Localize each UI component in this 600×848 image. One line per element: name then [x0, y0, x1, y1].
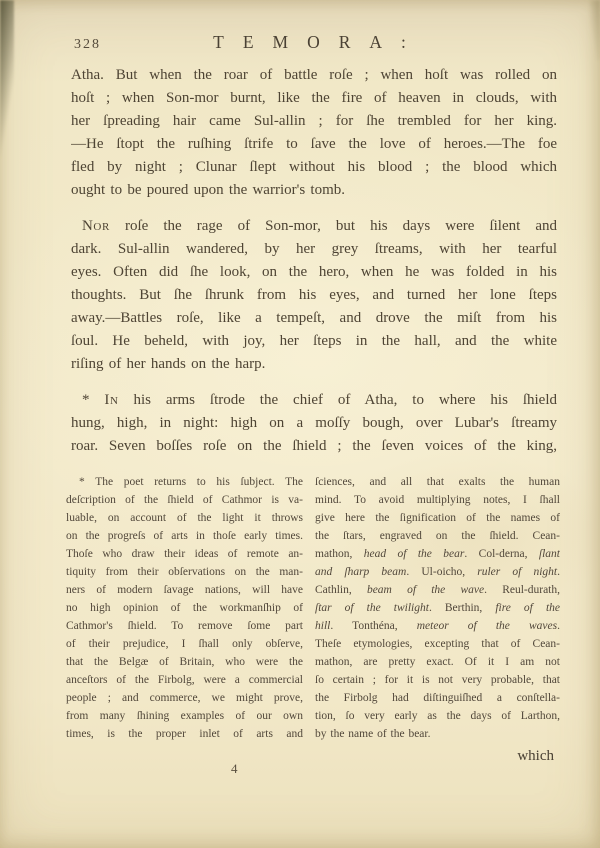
footnote-section: * The poet returns to his ſubject. Thede…	[66, 473, 560, 743]
italic-text: and ſharp beam	[315, 566, 406, 578]
text-line: thoughts. But ſhe ſhrunk from his eyes, …	[71, 284, 557, 307]
footnote-line: hill. Tonthéna, meteor of the waves.	[315, 617, 560, 635]
italic-text: ſtar of the twilight	[315, 602, 429, 614]
text-segment: give here the ſignification of the names…	[315, 512, 560, 524]
italic-text: meteor of the waves	[417, 620, 557, 632]
text-segment: Atha. But when the roar of battle roſe ;…	[71, 67, 557, 83]
text-segment: Thoſe who draw their ideas of remote an-	[66, 548, 303, 560]
footnote-line: that the Belgæ of Britain, who were the	[66, 653, 303, 671]
text-line: —He ſtopt the ruſhing ſtrife to ſave the…	[71, 133, 557, 156]
text-segment: deſcription of the ſhield of Cathmor is …	[66, 494, 303, 506]
text-segment: .	[557, 620, 560, 632]
page-header: 328 TEMORA:	[72, 32, 556, 56]
text-segment: ſoul. He beheld, with joy, her ſteps in …	[71, 333, 557, 349]
text-line: Nor roſe the rage of Son-mor, but his da…	[71, 215, 557, 238]
text-segment: hung, high, in night: high on a moſſy bo…	[71, 415, 557, 431]
text-segment: roſe the rage of Son-mor, but his days w…	[110, 218, 557, 234]
text-segment: her ſpreading hair came Sul-allin ; for …	[71, 113, 557, 129]
book-page: 328 TEMORA: Atha. But when the roar of b…	[0, 0, 600, 848]
text-segment: . Tonthéna,	[330, 620, 416, 632]
text-segment: mind. To avoid multiplying notes, I ſhal…	[315, 494, 560, 506]
text-segment: no high opinion of the workmanſhip of	[66, 602, 303, 614]
text-segment: ſo certain ; for it is not very probable…	[315, 674, 560, 686]
text-segment: dark. Sul-allin wandered, by her grey ſt…	[71, 241, 557, 257]
footnote-line: mind. To avoid multiplying notes, I ſhal…	[315, 491, 560, 509]
italic-text: beam of the wave	[367, 584, 484, 596]
footnote-line: mathon, are pretty exact. Of it I am not	[315, 653, 560, 671]
page-edge-shadow-right	[590, 0, 600, 60]
text-segment: tiquity from their obſervations on the m…	[66, 566, 303, 578]
paragraph: Nor roſe the rage of Son-mor, but his da…	[71, 215, 557, 376]
footnote-line: the ſtars, engraved on the ſhield. Cean-	[315, 527, 560, 545]
italic-text: ruler of night	[477, 566, 557, 578]
footnote-line: from many ſhining examples of our own	[66, 707, 303, 725]
footnote-left-column: * The poet returns to his ſubject. Thede…	[66, 473, 303, 743]
text-segment: eyes. Often did ſhe look, on the hero, w…	[71, 264, 557, 280]
footnote-line: give here the ſignification of the names…	[315, 509, 560, 527]
text-segment: mathon, are pretty exact. Of it I am not	[315, 656, 560, 668]
footnote-line: luable, on account of the light it throw…	[66, 509, 303, 527]
footnote-line: anceſtors of the Firbolg, were a commerc…	[66, 671, 303, 689]
footnote-line: ſtar of the twilight. Berthin, fire of t…	[315, 599, 560, 617]
text-segment: Theſe etymologies, excepting that of Cea…	[315, 638, 560, 650]
catchword: which	[517, 748, 554, 765]
text-segment: that the Belgæ of Britain, who were the	[66, 656, 303, 668]
text-segment: *	[82, 392, 104, 408]
italic-text: hill	[315, 620, 330, 632]
text-line: eyes. Often did ſhe look, on the hero, w…	[71, 261, 557, 284]
text-segment: on the progreſs of arts in thoſe early t…	[66, 530, 303, 542]
text-line: roar. Seven boſſes roſe on the ſhield ; …	[71, 435, 557, 458]
footnote-line: by the name of the bear.	[315, 725, 560, 743]
text-line: ſoul. He beheld, with joy, her ſteps in …	[71, 330, 557, 353]
text-segment: his arms ſtrode the chief of Atha, to wh…	[119, 392, 557, 408]
text-segment: times, is the proper inlet of arts and	[66, 728, 303, 740]
text-segment: ners of modern ſavage nations, will have	[66, 584, 303, 596]
footnote-line: on the progreſs of arts in thoſe early t…	[66, 527, 303, 545]
text-line: hoſt ; when Son-mor burnt, like the fire…	[71, 87, 557, 110]
text-segment: . Berthin,	[429, 602, 495, 614]
text-line: Atha. But when the roar of battle roſe ;…	[71, 64, 557, 87]
italic-text: ſlant	[539, 548, 560, 560]
text-segment: from many ſhining examples of our own	[66, 710, 303, 722]
text-line: dark. Sul-allin wandered, by her grey ſt…	[71, 238, 557, 261]
main-text: Atha. But when the roar of battle roſe ;…	[71, 64, 557, 471]
text-segment: Cathlin,	[315, 584, 367, 596]
text-line: * In his arms ſtrode the chief of Atha, …	[71, 389, 557, 412]
text-segment: tion, ſo very early as the days of Larth…	[315, 710, 560, 722]
text-segment: fled by night ; Clunar ſlept without his…	[71, 159, 557, 175]
text-line: riſing of her hands on the harp.	[71, 353, 557, 376]
small-caps-text: Nor	[82, 218, 110, 234]
text-line: fled by night ; Clunar ſlept without his…	[71, 156, 557, 179]
paragraph: Atha. But when the roar of battle roſe ;…	[71, 64, 557, 202]
text-segment: luable, on account of the light it throw…	[66, 512, 303, 524]
text-segment: mathon,	[315, 548, 364, 560]
text-segment: away.—Battles roſe, like a tempeſt, and …	[71, 310, 557, 326]
footnote-line: Thoſe who draw their ideas of remote an-	[66, 545, 303, 563]
footnote-line: * The poet returns to his ſubject. The	[66, 473, 303, 491]
text-segment: . Col-derna,	[464, 548, 539, 560]
footnote-line: the Firbolg had diſtinguiſhed a conſtell…	[315, 689, 560, 707]
footnote-line: Cathlin, beam of the wave. Reul-durath,	[315, 581, 560, 599]
text-segment: thoughts. But ſhe ſhrunk from his eyes, …	[71, 287, 557, 303]
footnote-line: tion, ſo very early as the days of Larth…	[315, 707, 560, 725]
text-segment: —He ſtopt the ruſhing ſtrife to ſave the…	[71, 136, 557, 152]
paragraph: * In his arms ſtrode the chief of Atha, …	[71, 389, 557, 458]
signature-mark: 4	[231, 761, 238, 777]
footnote-line: of their prejudice, I ſhall only obſerve…	[66, 635, 303, 653]
footnote-line: tiquity from their obſervations on the m…	[66, 563, 303, 581]
text-segment: * The poet returns to his ſubject. The	[79, 476, 303, 488]
text-segment: of their prejudice, I ſhall only obſerve…	[66, 638, 303, 650]
text-segment: hoſt ; when Son-mor burnt, like the fire…	[71, 90, 557, 106]
footnote-line: no high opinion of the workmanſhip of	[66, 599, 303, 617]
footnote-line: people ; and commerce, we might prove,	[66, 689, 303, 707]
italic-text: fire of the	[495, 602, 560, 614]
text-segment: . Ul-oicho,	[406, 566, 477, 578]
text-segment: . Reul-durath,	[484, 584, 560, 596]
footnote-line: deſcription of the ſhield of Cathmor is …	[66, 491, 303, 509]
italic-text: head of the bear	[364, 548, 465, 560]
page-edge-shadow-left	[0, 0, 14, 185]
footnote-line: and ſharp beam. Ul-oicho, ruler of night…	[315, 563, 560, 581]
text-segment: riſing of her hands on the harp.	[71, 356, 265, 372]
footnote-line: Cathmor's ſhield. To remove ſome part	[66, 617, 303, 635]
text-line: away.—Battles roſe, like a tempeſt, and …	[71, 307, 557, 330]
text-line: hung, high, in night: high on a moſſy bo…	[71, 412, 557, 435]
footnote-line: mathon, head of the bear. Col-derna, ſla…	[315, 545, 560, 563]
text-segment: people ; and commerce, we might prove,	[66, 692, 303, 704]
footnote-line: ſo certain ; for it is not very probable…	[315, 671, 560, 689]
footnote-line: ſciences, and all that exalts the human	[315, 473, 560, 491]
small-caps-text: In	[104, 392, 118, 408]
text-line: her ſpreading hair came Sul-allin ; for …	[71, 110, 557, 133]
text-segment: .	[557, 566, 560, 578]
text-segment: the Firbolg had diſtinguiſhed a conſtell…	[315, 692, 560, 704]
running-title: TEMORA:	[82, 32, 556, 53]
text-segment: ſciences, and all that exalts the human	[315, 476, 560, 488]
text-segment: roar. Seven boſſes roſe on the ſhield ; …	[71, 438, 557, 454]
text-segment: ought to be poured upon the warrior's to…	[71, 182, 345, 198]
footnote-line: times, is the proper inlet of arts and	[66, 725, 303, 743]
text-line: ought to be poured upon the warrior's to…	[71, 179, 557, 202]
text-segment: by the name of the bear.	[315, 728, 431, 740]
text-segment: the ſtars, engraved on the ſhield. Cean-	[315, 530, 560, 542]
footnote-line: ners of modern ſavage nations, will have	[66, 581, 303, 599]
text-segment: anceſtors of the Firbolg, were a commerc…	[66, 674, 303, 686]
page-number: 328	[74, 37, 101, 53]
text-segment: Cathmor's ſhield. To remove ſome part	[66, 620, 303, 632]
footnote-right-column: ſciences, and all that exalts the humanm…	[315, 473, 560, 743]
footnote-line: Theſe etymologies, excepting that of Cea…	[315, 635, 560, 653]
